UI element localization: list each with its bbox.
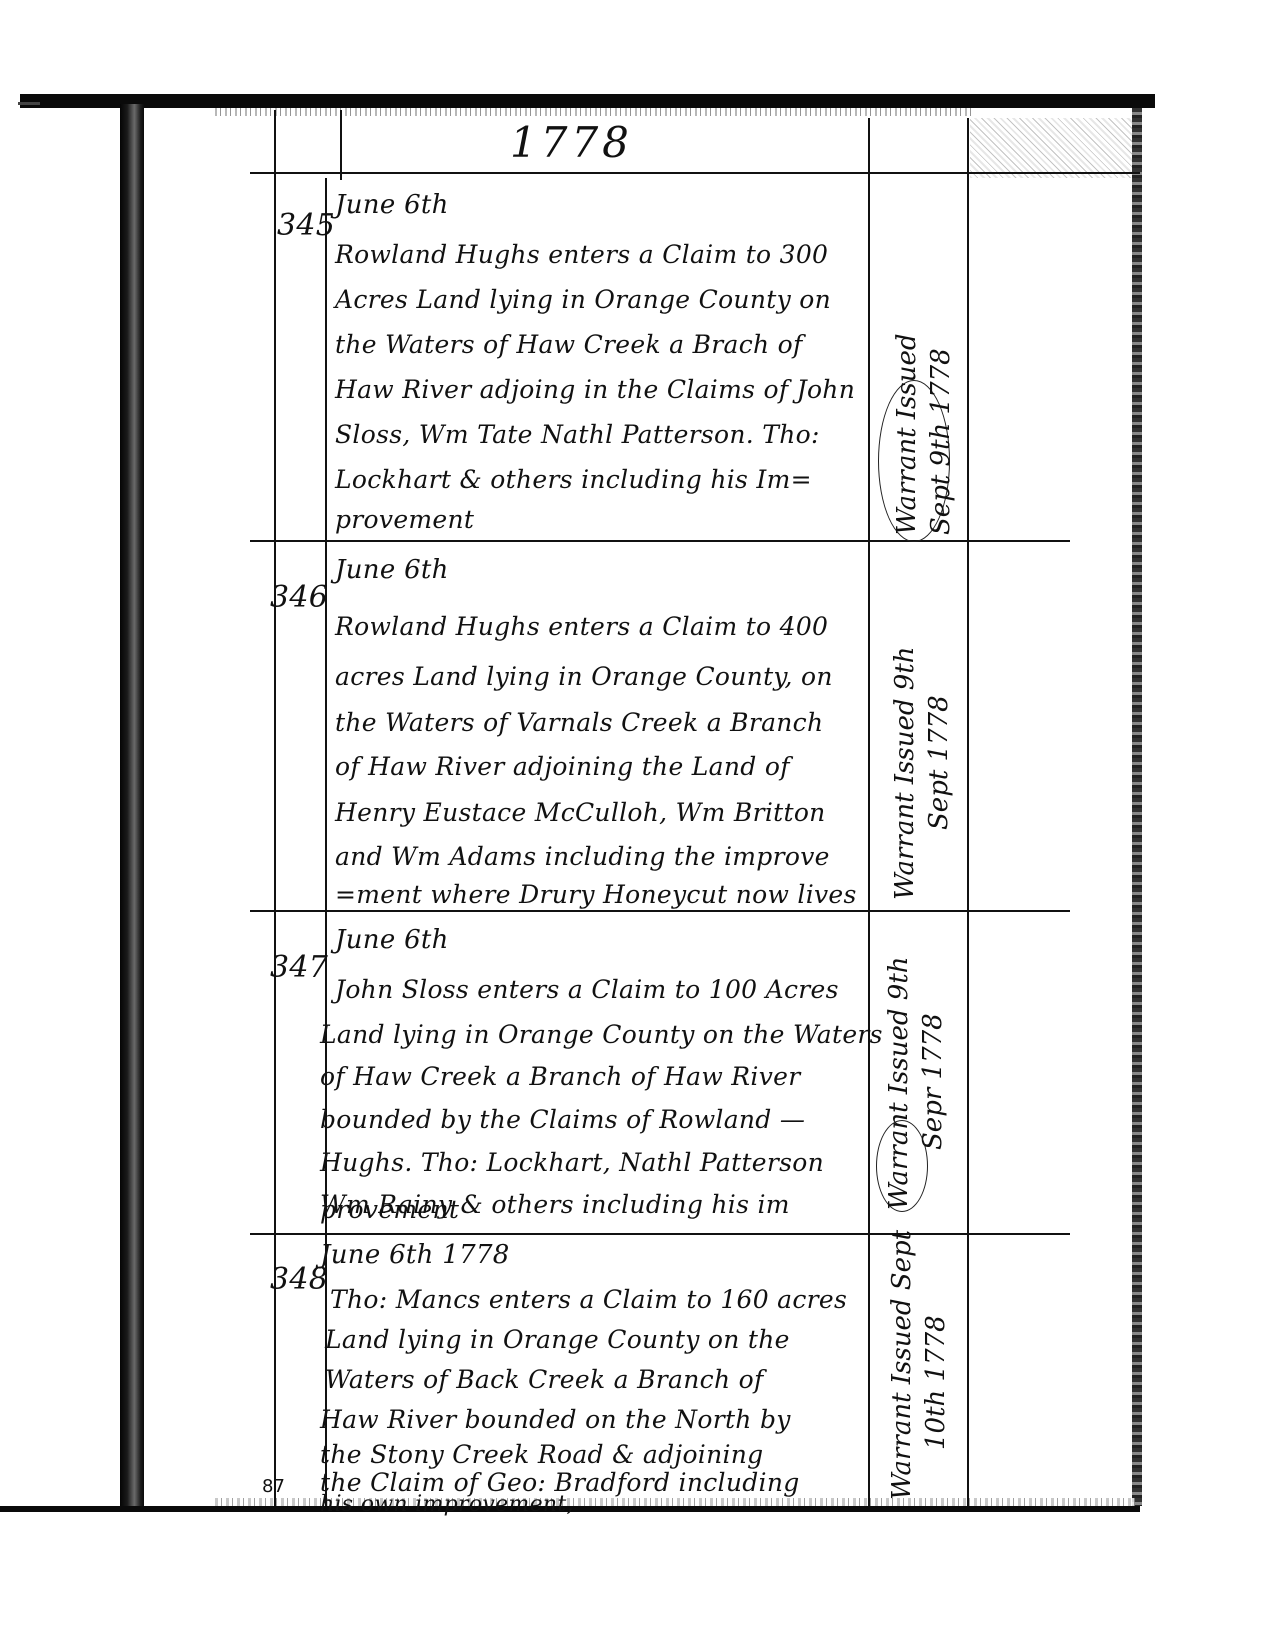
warrant-line: Warrant Issued [890,333,924,535]
entry-date: June 6th [335,925,449,955]
entry-line: Henry Eustace McCulloh, Wm Britton [335,798,826,827]
entry-line: the Waters of Haw Creek a Brach of [335,330,803,359]
entry-number: 345 [277,208,335,243]
entry-line: acres Land lying in Orange County, on [335,662,833,691]
entry-line: the Stony Creek Road & adjoining [320,1440,764,1469]
folio-number: 87 [262,1476,285,1497]
warrant-line: Sept 9th 1778 [924,333,958,535]
rule-header [250,172,1140,174]
scan-noise-top [215,108,975,116]
rule-entry-1 [250,540,1070,542]
rule-entry-2 [250,910,1070,912]
rule-number-column [340,110,342,180]
warrant-note: Warrant Issued 9th Sept 1778 [888,646,956,900]
warrant-note: Warrant Issued 9th Sepr 1778 [882,956,950,1210]
page-right-edge [1132,108,1142,1506]
entry-date: June 6th [335,555,449,585]
entry-line: of Haw River adjoining the Land of [335,752,790,781]
scan-edge-mark [18,102,40,105]
entry-number: 347 [270,950,328,985]
warrant-line: 10th 1778 [919,1230,953,1500]
scan-noise-corner [970,118,1132,178]
entry-line: and Wm Adams including the improve [335,842,830,871]
entry-line: the Waters of Varnals Creek a Branch [335,708,823,737]
entry-line: Hughs. Tho: Lockhart, Nathl Patterson [320,1148,824,1177]
entry-line: of Haw Creek a Branch of Haw River [320,1062,801,1091]
rule-text-left [325,178,327,1506]
warrant-line: Warrant Issued Sept [885,1230,919,1500]
entry-line: Acres Land lying in Orange County on [335,285,831,314]
entry-line: Sloss, Wm Tate Nathl Patterson. Tho: [335,420,820,449]
entry-line: Haw River adjoing in the Claims of John [335,375,855,404]
entry-line: Tho: Mancs enters a Claim to 160 acres [330,1285,847,1314]
entry-line: John Sloss enters a Claim to 100 Acres [335,975,839,1004]
warrant-note: Warrant Issued Sept 10th 1778 [885,1230,953,1500]
entry-line: his own improvement, [320,1492,574,1517]
entry-line: Lockhart & others including his Im= [335,465,812,494]
entry-line: Haw River bounded on the North by [320,1405,791,1434]
entry-number: 346 [270,580,328,615]
warrant-line: Sept 1778 [922,646,956,900]
entry-line: Rowland Hughs enters a Claim to 300 [335,240,828,269]
entry-line: Land lying in Orange County on the [325,1325,790,1354]
entry-line: Rowland Hughs enters a Claim to 400 [335,612,828,641]
entry-line-continuation: provement [320,1195,459,1224]
book-binding-shadow [120,104,144,1506]
entry-line: Land lying in Orange County on the Water… [320,1020,883,1049]
warrant-line: Warrant Issued 9th [888,646,922,900]
entry-date: June 6th [335,190,449,220]
entry-line: bounded by the Claims of Rowland — [320,1105,805,1134]
entry-line: Waters of Back Creek a Branch of [325,1365,764,1394]
entry-line: provement [335,505,474,534]
rule-warrant-right [967,118,969,1506]
entry-date: June 6th 1778 [320,1240,510,1270]
entry-line: =ment where Drury Honeycut now lives [335,880,857,909]
warrant-line: Warrant Issued 9th [882,956,916,1210]
scan-top-border [20,94,1155,108]
rule-text-right [868,118,870,1506]
warrant-line: Sepr 1778 [916,956,950,1210]
warrant-note: Warrant Issued Sept 9th 1778 [890,333,958,535]
year-heading: 1778 [510,118,633,167]
